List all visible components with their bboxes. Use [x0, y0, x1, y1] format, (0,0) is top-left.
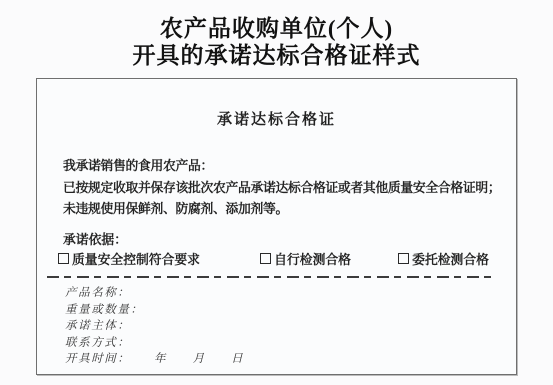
checkbox-self-test[interactable]: 自行检测合格	[260, 249, 351, 268]
field-promise-subject: 承诺主体：	[65, 318, 508, 335]
date-month-unit: 月	[193, 351, 206, 368]
field-contact-info: 联系方式：	[65, 335, 508, 352]
field-label-promise-subject: 承诺主体：	[65, 320, 131, 332]
date-year-unit: 年	[154, 351, 167, 368]
field-label-weight-quantity: 重量或数量：	[65, 304, 144, 316]
field-issue-date: 开具时间： 年 月 日	[65, 351, 508, 368]
field-product-name: 产品名称：	[65, 285, 508, 302]
dashed-separator	[47, 276, 491, 278]
certificate-header: 承诺达标合格证	[37, 108, 516, 129]
field-label-product-name: 产品名称：	[65, 287, 131, 299]
certificate-statement: 我承诺销售的食用农产品： 已按规定收取并保存该批次农产品承诺达标合格证或者其他质…	[63, 156, 508, 221]
basis-label: 承诺依据：	[63, 229, 127, 248]
document-title-line2: 开具的承诺达标合格证样式	[0, 42, 553, 69]
statement-line2: 未违规使用保鲜剂、防腐剂、添加剂等。	[63, 199, 508, 221]
field-label-issue-date: 开具时间：	[65, 353, 131, 365]
checkbox-label-self-test: 自行检测合格	[274, 249, 351, 268]
statement-line1: 已按规定收取并保存该批次农产品承诺达标合格证或者其他质量安全合格证明；	[63, 178, 508, 200]
document-title-line1: 农产品收购单位(个人)	[0, 15, 553, 42]
certificate-box: 承诺达标合格证 我承诺销售的食用农产品： 已按规定收取并保存该批次农产品承诺达标…	[36, 78, 517, 375]
checkbox-row: 质量安全控制符合要求 自行检测合格 委托检测合格	[58, 249, 489, 268]
checkbox-icon[interactable]	[260, 253, 271, 264]
checkbox-icon[interactable]	[398, 253, 409, 264]
document-title: 农产品收购单位(个人) 开具的承诺达标合格证样式	[0, 15, 553, 69]
checkbox-quality-control[interactable]: 质量安全控制符合要求	[58, 249, 200, 268]
field-label-contact-info: 联系方式：	[65, 337, 131, 349]
date-day-unit: 日	[231, 351, 244, 368]
checkbox-entrusted-test[interactable]: 委托检测合格	[398, 249, 489, 268]
statement-intro: 我承诺销售的食用农产品：	[63, 156, 508, 178]
fields-section: 产品名称： 重量或数量： 承诺主体： 联系方式： 开具时间： 年 月 日	[65, 285, 508, 368]
field-weight-quantity: 重量或数量：	[65, 302, 508, 319]
checkbox-label-entrusted-test: 委托检测合格	[412, 249, 489, 268]
checkbox-label-quality-control: 质量安全控制符合要求	[72, 249, 200, 268]
document-page: 农产品收购单位(个人) 开具的承诺达标合格证样式 承诺达标合格证 我承诺销售的食…	[0, 0, 553, 385]
checkbox-icon[interactable]	[58, 253, 69, 264]
